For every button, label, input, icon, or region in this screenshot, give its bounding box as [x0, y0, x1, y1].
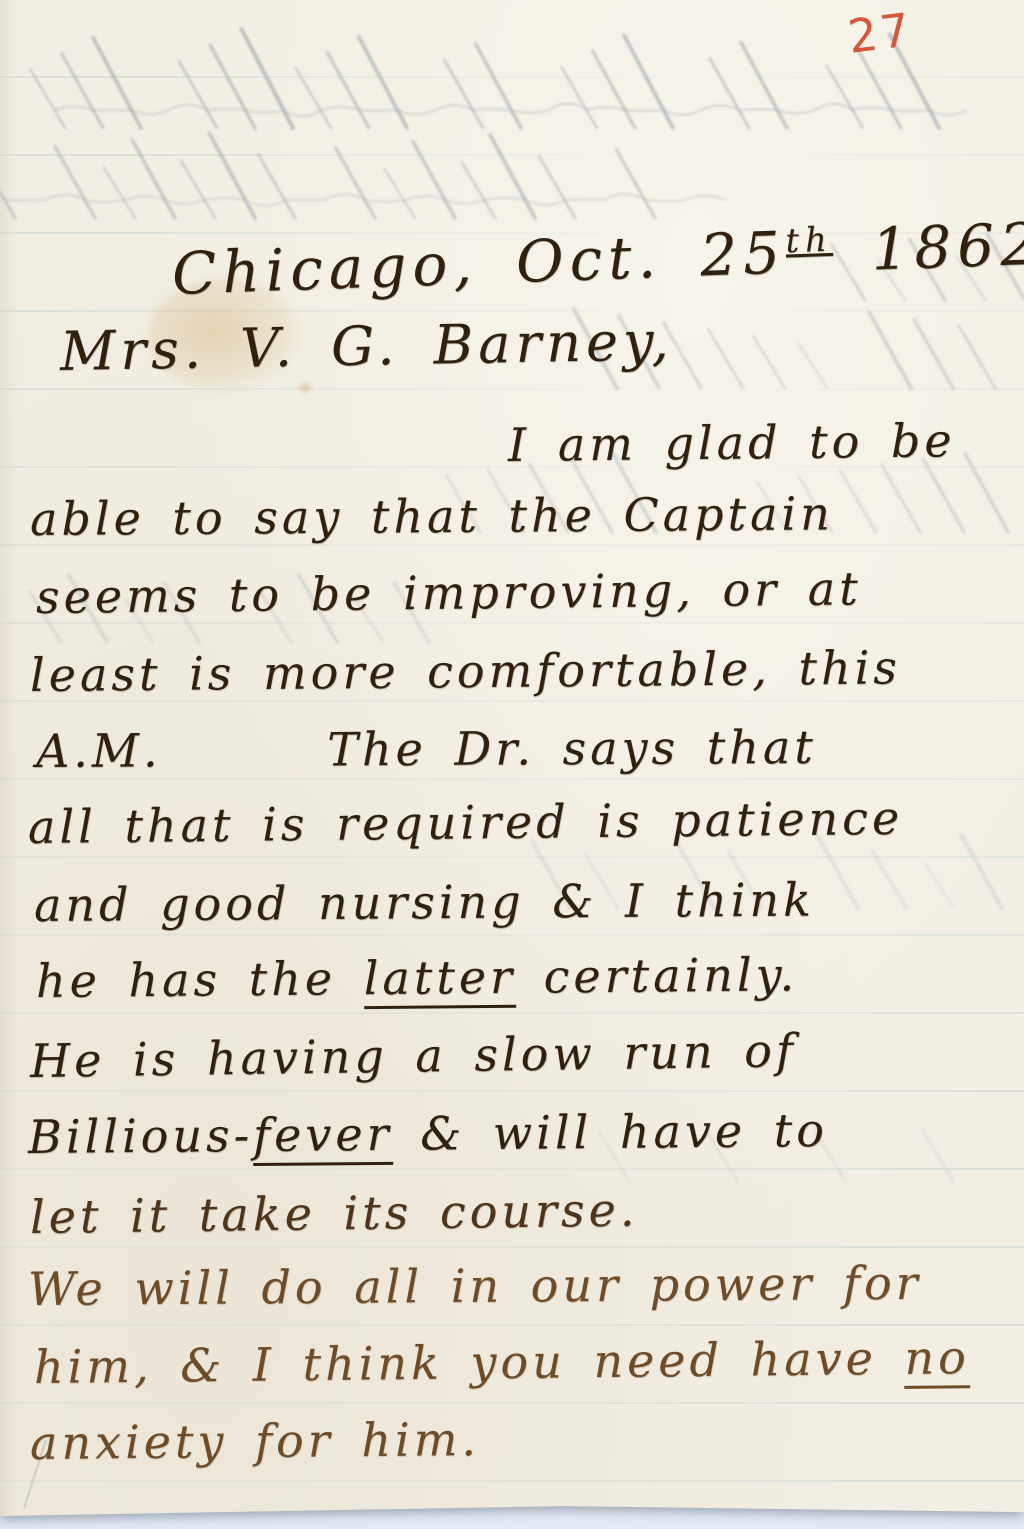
letter-line-5: A.M. The Dr. says that	[36, 720, 817, 778]
underlined-word-no: no	[904, 1330, 970, 1389]
letter-line-3: seems to be improving, or at	[36, 561, 862, 624]
letter-line-2: able to say that the Captain	[30, 486, 834, 546]
scanned-letter: 27 Chicago, Oct. 25th 1862 Mrs. V. G. Ba…	[0, 0, 1024, 1529]
line-8-pre: he has the	[36, 951, 364, 1008]
page-number: 27	[845, 2, 916, 63]
letter-line-14: anxiety for him.	[30, 1412, 480, 1470]
letter-line-8: he has the latter certainly.	[36, 947, 799, 1008]
line-8-post: certainly.	[516, 947, 799, 1003]
dateline-ordinal: th	[785, 220, 834, 261]
underlined-word-latter: latter	[363, 950, 516, 1009]
letter-line-11: let it take its course.	[30, 1183, 639, 1244]
letter-line-4: least is more comfortable, this	[30, 640, 901, 702]
line-10-pre: Billious-	[28, 1108, 254, 1164]
line-10-post: & will have to	[392, 1103, 828, 1161]
letter-page: 27 Chicago, Oct. 25th 1862 Mrs. V. G. Ba…	[0, 0, 1024, 1529]
letter-line-6: all that is required is patience	[28, 791, 904, 854]
underlined-word-fever: fever	[253, 1107, 393, 1166]
line-13-pre: him, & I think you need have	[34, 1331, 905, 1394]
letter-line-13: him, & I think you need have no	[34, 1330, 970, 1394]
letter-line-1: I am glad to be	[508, 413, 956, 472]
dateline-year: 1862	[832, 210, 1024, 285]
letter-line-7: and good nursing & I think	[34, 873, 815, 932]
salutation: Mrs. V. G. Barney,	[59, 309, 674, 383]
letter-line-12: We will do all in our power for	[28, 1256, 922, 1316]
letter-line-9: He is having a slow run of	[30, 1023, 798, 1088]
letter-line-10: Billious-fever & will have to	[28, 1103, 828, 1164]
